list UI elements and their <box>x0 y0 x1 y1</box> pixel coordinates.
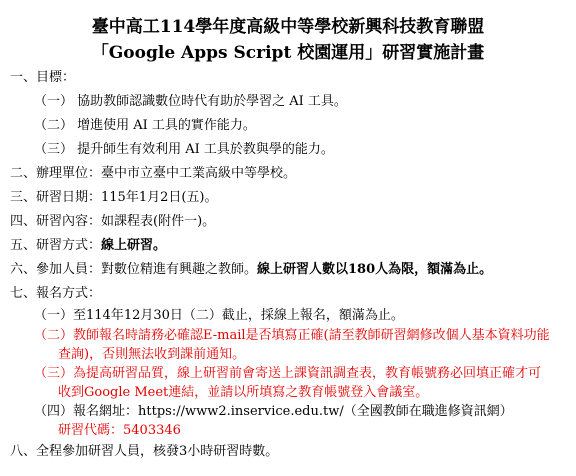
registration-item-2-line2: 查詢)，否則無法收到課前通知。 <box>0 345 576 364</box>
section-goals-heading: 一、目標： <box>0 66 576 90</box>
registration-url-note: （全國教師在職進修資訊網） <box>344 404 513 419</box>
registration-url-label: （四）報名網址： <box>34 404 138 419</box>
registration-url: https://www2.inservice.edu.tw/ <box>138 404 344 419</box>
registration-item-4: （四）報名網址：https://www2.inservice.edu.tw/（全… <box>0 402 576 421</box>
goal-item-2: （二） 增進使用 AI 工具的實作能力。 <box>0 114 576 138</box>
registration-item-3-line1: （三）為提高研習品質，線上研習前會寄送上課資訊調查表，教育帳號務必回填正確才可 <box>0 364 576 383</box>
section-registration-heading: 七、報名方式： <box>0 282 576 306</box>
section-date: 三、研習日期：115年1月2日(五)。 <box>0 186 576 210</box>
section-participants: 六、參加人員：對數位精進有興趣之教師。線上研習人數以180人為限，額滿為止。 <box>0 258 576 282</box>
course-code: 研習代碼：5403346 <box>0 421 576 440</box>
section-method: 五、研習方式：線上研習。 <box>0 234 576 258</box>
section-hours: 八、全程參加研習人員，核發3小時研習時數。 <box>0 440 576 464</box>
registration-item-2-line1: （二）教師報名時請務必確認E-mail是否填寫正確(請至教師研習網修改個人基本資… <box>0 326 576 345</box>
document-page: 臺中高工114學年度高級中等學校新興科技教育聯盟 「Google Apps Sc… <box>0 0 576 476</box>
registration-item-3-line2: 收到Google Meet連結，並請以所填寫之教育帳號登入會議室。 <box>0 383 576 402</box>
participants-label: 六、參加人員：對數位精進有興趣之教師。 <box>10 262 257 277</box>
document-title-line1: 臺中高工114學年度高級中等學校新興科技教育聯盟 <box>0 14 576 40</box>
goal-item-1: （一） 協助教師認識數位時代有助於學習之 AI 工具。 <box>0 90 576 114</box>
section-organizer: 二、辦理單位：臺中市立臺中工業高級中等學校。 <box>0 162 576 186</box>
registration-item-1: （一）至114年12月30日（二）截止，採線上報名，額滿為止。 <box>0 306 576 326</box>
document-title-line2: 「Google Apps Script 校園運用」研習實施計畫 <box>0 40 576 66</box>
method-label: 五、研習方式： <box>10 238 101 253</box>
participants-limit-bold-text: 線上研習人數以180人為限，額滿為止。 <box>257 262 492 277</box>
method-bold-text: 線上研習。 <box>101 238 166 253</box>
section-content: 四、研習內容：如課程表(附件一)。 <box>0 210 576 234</box>
goal-item-3: （三） 提升師生有效利用 AI 工具於教與學的能力。 <box>0 138 576 162</box>
